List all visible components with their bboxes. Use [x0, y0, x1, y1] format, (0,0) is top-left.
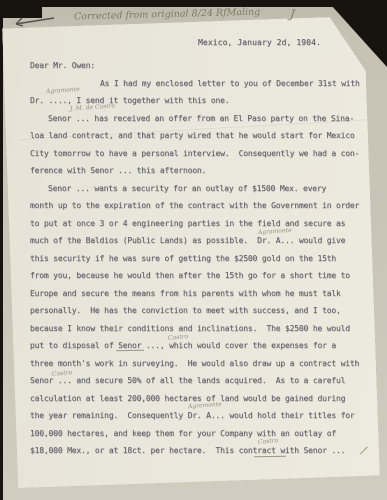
pencil-arrow-icon [14, 14, 60, 28]
letter-line: from you, because he would then after th… [30, 267, 364, 285]
letter-line: City tomorrow to have a personal intervi… [30, 145, 364, 163]
letter-line: 100,000 hectares, and keep them for your… [30, 425, 364, 443]
letter-line: Senor ... and secure 50% of all the land… [30, 372, 364, 390]
date-line: Mexico, January 2d, 1904. [198, 38, 321, 47]
salutation: Dear Mr. Owen: [30, 57, 364, 75]
letter-line: this security if he was sure of getting … [30, 250, 364, 268]
letter-body: Dear Mr. Owen: As I had my enclosed lett… [30, 57, 364, 460]
letter-line: Senor ... has received an offer from an … [30, 110, 364, 128]
letter-line: Europe and secure the means from his par… [30, 285, 364, 303]
letter-line: month up to the expiration of the contra… [30, 197, 364, 215]
letter-line: to put at once 3 or 4 engineering partie… [30, 215, 364, 233]
letter-line: As I had my enclosed letter to you of De… [30, 75, 364, 93]
letter-line: the year remaining. Consequently Dr. A..… [30, 407, 364, 425]
letter-line: loa land contract, and that party wired … [30, 127, 364, 145]
letter-line: personally. He has the conviction to mee… [30, 302, 364, 320]
pencil-annotation: Castro [168, 333, 189, 341]
letter-line: because I know their conditions and incl… [30, 320, 364, 338]
letter-line: put to disposal of Senor ..., which woul… [30, 337, 364, 355]
pencil-annotation: Castro [258, 437, 279, 445]
letter-line: ference with Senor ... this afternoon. [30, 162, 364, 180]
letter-line: three month's work in surveying. He woul… [30, 355, 364, 373]
pencil-annotation: Castro [52, 369, 73, 377]
scanned-letter-screenshot: { "palette": { "background": "#17140f", … [0, 0, 387, 500]
letter-line: Senor ... wants a security for an outlay… [30, 180, 364, 198]
letter-line: $18,000 Mex., or at 18ct. per hectare. T… [30, 442, 364, 460]
letter-line: much of the Baldios (Public Lands) as po… [30, 232, 364, 250]
